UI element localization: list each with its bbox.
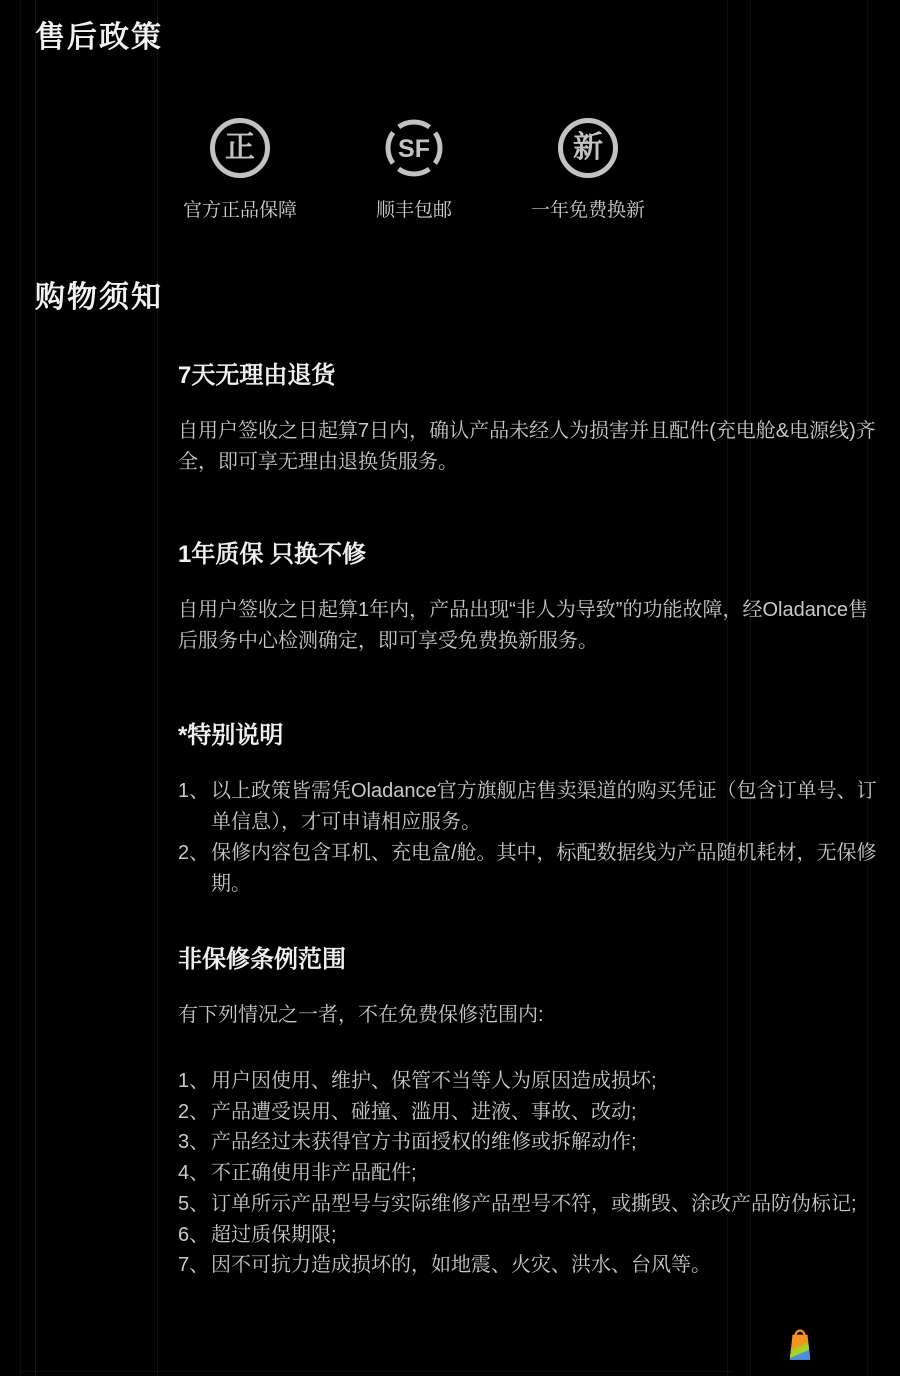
non-warranty-list: 1、 用户因使用、维护、保管不当等人为原因造成损坏; 2、 产品遭受误用、碰撞、… — [178, 1066, 878, 1281]
list-item: 7、 因不可抗力造成损坏的，如地震、火灾、洪水、台风等。 — [178, 1250, 878, 1281]
list-item: 2、 产品遭受误用、碰撞、滥用、进液、事故、改动; — [178, 1097, 878, 1128]
badge-sf-shipping: SF 顺丰包邮 — [351, 118, 477, 222]
section-heading: 1年质保 只换不修 — [178, 541, 883, 569]
section-body: 自用户签收之日起算1年内，产品出现“非人为导致”的功能故障，经Oladance售… — [178, 595, 878, 657]
badge-new-label: 一年免费换新 — [531, 195, 645, 222]
list-item: 1、 以上政策皆需凭Oladance官方旗舰店售卖渠道的购买凭证（包含订单号、订… — [178, 776, 878, 838]
list-item-marker: 2、 — [178, 838, 209, 869]
list-item: 6、 超过质保期限; — [178, 1220, 878, 1251]
list-item-text: 订单所示产品型号与实际维修产品型号不符，或撕毁、涂改产品防伪标记; — [211, 1193, 857, 1215]
product-policy-page: 售后政策 正 官方正品保障 SF 顺丰包邮 新 一年免费换新 购物须知 7天无理… — [0, 0, 900, 1376]
sf-badge-glyph: SF — [398, 135, 430, 163]
list-item-marker: 1、 — [178, 776, 209, 807]
list-item-text: 产品经过未获得官方书面授权的维修或拆解动作; — [211, 1131, 637, 1153]
list-item: 2、 保修内容包含耳机、充电盒/舱。其中，标配数据线为产品随机耗材，无保修期。 — [178, 838, 878, 900]
badge-sf-label: 顺丰包邮 — [376, 195, 452, 222]
grid-line — [20, 0, 21, 1376]
list-item-text: 不正确使用非产品配件; — [211, 1162, 417, 1184]
genuine-badge-glyph: 正 — [225, 133, 255, 163]
shopping-notice-title: 购物须知 — [35, 282, 163, 314]
list-item-marker: 1、 — [178, 1066, 209, 1097]
section-1year-warranty: 1年质保 只换不修 自用户签收之日起算1年内，产品出现“非人为导致”的功能故障，… — [178, 541, 883, 657]
section-heading: 7天无理由退货 — [178, 362, 883, 390]
new-badge-icon: 新 — [558, 118, 618, 178]
after-sales-policy-title: 售后政策 — [35, 22, 163, 54]
list-item: 1、 用户因使用、维护、保管不当等人为原因造成损坏; — [178, 1066, 878, 1097]
section-non-warranty: 非保修条例范围 有下列情况之一者，不在免费保修范围内: 1、 用户因使用、维护、… — [178, 946, 883, 1281]
list-item-marker: 6、 — [178, 1220, 209, 1251]
list-item-marker: 2、 — [178, 1097, 209, 1128]
list-item-text: 超过质保期限; — [211, 1224, 337, 1246]
section-body: 自用户签收之日起算7日内，确认产品未经人为损害并且配件(充电舱&电源线)齐全，即… — [178, 416, 878, 478]
sf-express-icon: SF — [384, 118, 444, 178]
non-warranty-intro: 有下列情况之一者，不在免费保修范围内: — [178, 1000, 878, 1031]
list-item-text: 因不可抗力造成损坏的，如地震、火灾、洪水、台风等。 — [211, 1254, 711, 1276]
section-7day-return: 7天无理由退货 自用户签收之日起算7日内，确认产品未经人为损害并且配件(充电舱&… — [178, 362, 883, 478]
list-item-text: 以上政策皆需凭Oladance官方旗舰店售卖渠道的购买凭证（包含订单号、订单信息… — [211, 780, 877, 833]
grid-line — [20, 1371, 733, 1372]
badge-new-replacement: 新 一年免费换新 — [525, 118, 651, 222]
list-item: 3、 产品经过未获得官方书面授权的维修或拆解动作; — [178, 1127, 878, 1158]
list-item-marker: 7、 — [178, 1250, 209, 1281]
list-item-marker: 5、 — [178, 1189, 209, 1220]
new-badge-glyph: 新 — [573, 133, 603, 163]
genuine-badge-icon: 正 — [210, 118, 270, 178]
grid-line — [157, 0, 158, 1376]
badge-genuine-label: 官方正品保障 — [183, 195, 297, 222]
special-notes-list: 1、 以上政策皆需凭Oladance官方旗舰店售卖渠道的购买凭证（包含订单号、订… — [178, 776, 878, 900]
section-heading: 非保修条例范围 — [178, 946, 883, 974]
section-heading: *特别说明 — [178, 722, 883, 750]
list-item: 5、 订单所示产品型号与实际维修产品型号不符，或撕毁、涂改产品防伪标记; — [178, 1189, 878, 1220]
grid-line — [35, 0, 36, 1376]
shopping-bag-icon[interactable] — [786, 1324, 814, 1364]
list-item: 4、 不正确使用非产品配件; — [178, 1158, 878, 1189]
list-item-text: 产品遭受误用、碰撞、滥用、进液、事故、改动; — [211, 1101, 637, 1123]
list-item-text: 保修内容包含耳机、充电盒/舱。其中，标配数据线为产品随机耗材，无保修期。 — [211, 842, 877, 895]
list-item-marker: 4、 — [178, 1158, 209, 1189]
list-item-text: 用户因使用、维护、保管不当等人为原因造成损坏; — [211, 1070, 657, 1092]
list-item-marker: 3、 — [178, 1127, 209, 1158]
badge-row: 正 官方正品保障 SF 顺丰包邮 新 一年免费换新 — [177, 118, 651, 222]
badge-genuine: 正 官方正品保障 — [177, 118, 303, 222]
section-special-notes: *特别说明 1、 以上政策皆需凭Oladance官方旗舰店售卖渠道的购买凭证（包… — [178, 722, 883, 900]
